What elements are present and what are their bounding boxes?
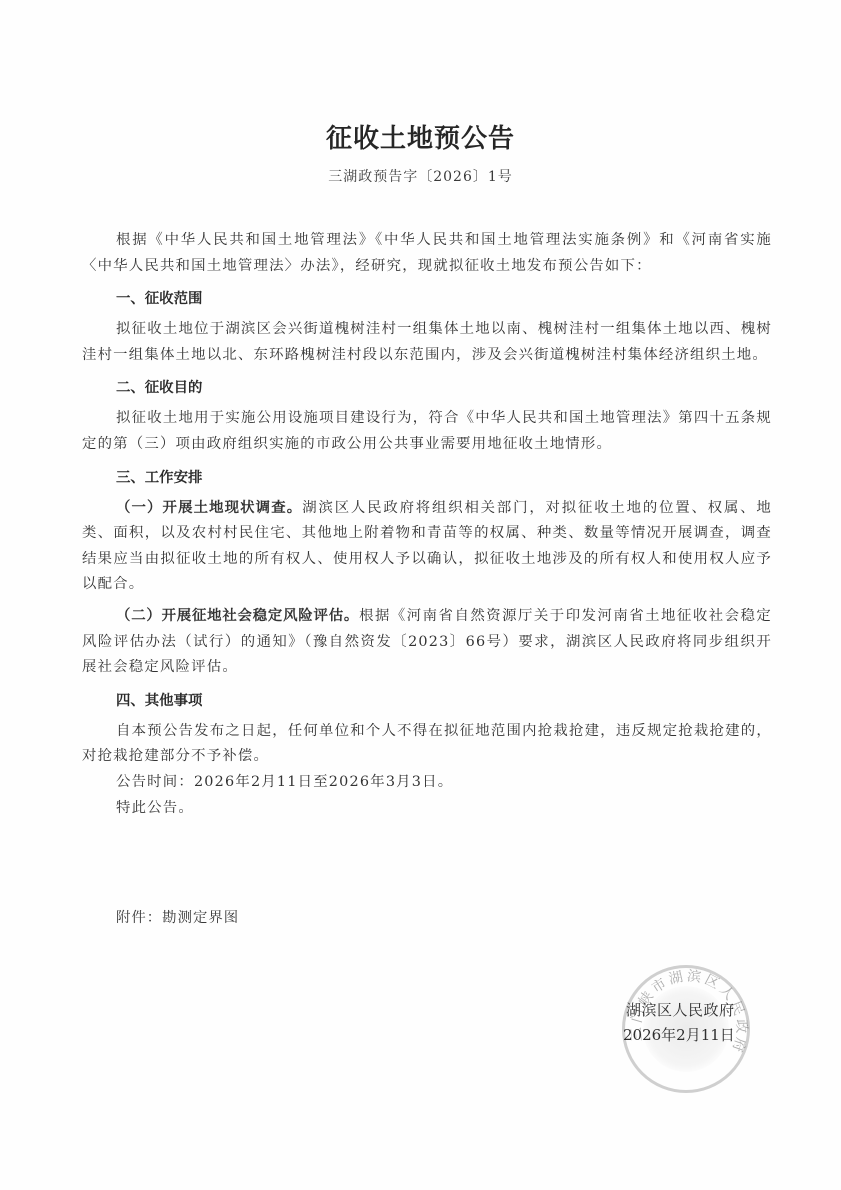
- signature-date: 2026年2月11日: [623, 1024, 735, 1045]
- arrangement-item-lead: （一）开展土地现状调查。: [116, 500, 302, 516]
- attachment-note: 附件：勘测定界图: [116, 906, 239, 927]
- document-body: 根据《中华人民共和国土地管理法》《中华人民共和国土地管理法实施条例》和《河南省实…: [82, 228, 772, 821]
- arrangement-item-risk: （二）开展征地社会稳定风险评估。根据《河南省自然资源厅关于印发河南省土地征收社会…: [82, 604, 772, 681]
- signature-organization: 湖滨区人民政府: [626, 999, 735, 1020]
- document-page: 征收土地预公告 三湖政预告字〔2026〕1号 根据《中华人民共和国土地管理法》《…: [0, 0, 841, 1190]
- section-heading-other: 四、其他事项: [82, 689, 772, 713]
- purpose-paragraph: 拟征收土地用于实施公用设施项目建设行为，符合《中华人民共和国土地管理法》第四十五…: [82, 406, 772, 457]
- closing-phrase: 特此公告。: [82, 796, 772, 822]
- section-heading-arrangement: 三、工作安排: [82, 466, 772, 490]
- other-paragraph: 自本预公告发布之日起，任何单位和个人不得在拟征地范围内抢栽抢建，违反规定抢栽抢建…: [82, 719, 772, 770]
- section-heading-purpose: 二、征收目的: [82, 376, 772, 400]
- section-heading-scope: 一、征收范围: [82, 287, 772, 311]
- scope-paragraph: 拟征收土地位于湖滨区会兴街道槐树洼村一组集体土地以南、槐树洼村一组集体土地以西、…: [82, 317, 772, 368]
- document-title: 征收土地预公告: [0, 118, 841, 155]
- document-number: 三湖政预告字〔2026〕1号: [0, 166, 841, 186]
- notice-period: 公告时间：2026年2月11日至2026年3月3日。: [82, 770, 772, 796]
- intro-paragraph: 根据《中华人民共和国土地管理法》《中华人民共和国土地管理法实施条例》和《河南省实…: [82, 228, 772, 279]
- arrangement-item-survey: （一）开展土地现状调查。湖滨区人民政府将组织相关部门，对拟征收土地的位置、权属、…: [82, 496, 772, 598]
- arrangement-item-lead: （二）开展征地社会稳定风险评估。: [116, 608, 359, 624]
